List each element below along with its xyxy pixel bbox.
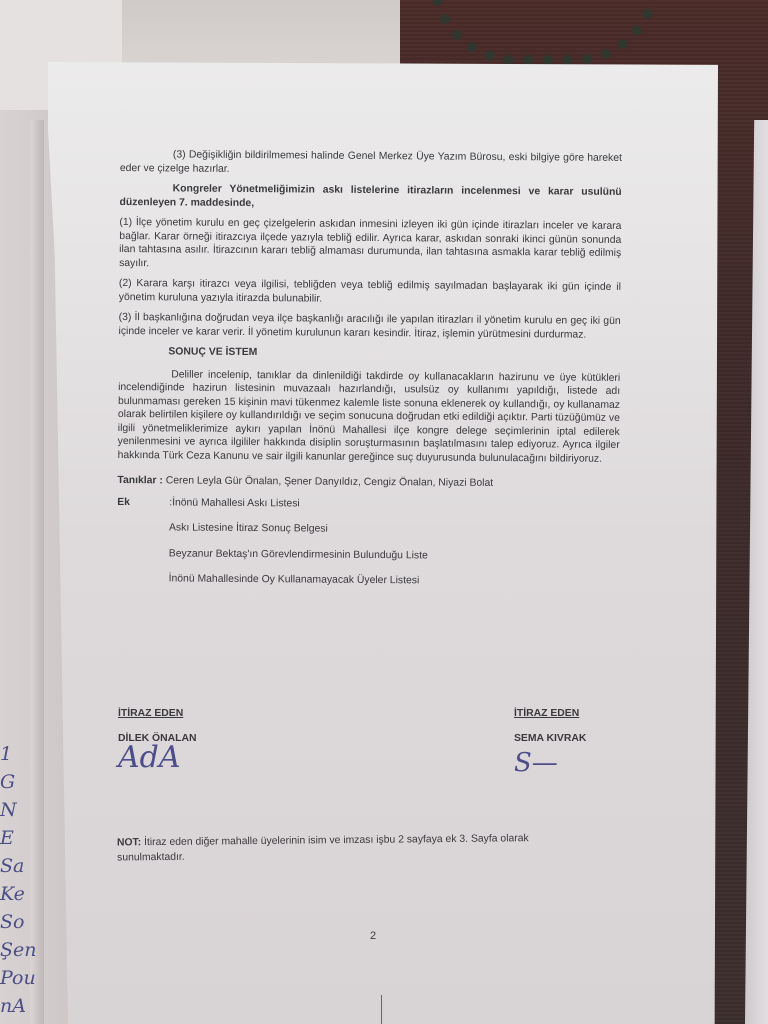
- signature-dilek-onalan: AdA: [118, 740, 181, 775]
- handwritten-note: Pou: [0, 964, 40, 992]
- handwritten-note: Şen: [0, 936, 40, 964]
- witnesses-label: Tanıklar :: [117, 475, 163, 486]
- signatory-title: İTİRAZ EDEN: [118, 708, 197, 719]
- conclusion-paragraph: Deliller incelenip, tanıklar da dinlenil…: [118, 367, 621, 465]
- attachment-item: İnönü Mahallesinde Oy Kullanamayacak Üye…: [169, 572, 619, 589]
- handwritten-note: G: [0, 768, 40, 796]
- footnote: NOT: İtiraz eden diğer mahalle üyelerini…: [117, 831, 587, 866]
- signatory-title: İTİRAZ EDEN: [514, 708, 586, 719]
- page-number: 2: [370, 930, 376, 942]
- paper-crease: [381, 995, 382, 1024]
- handwritten-note: Sa: [0, 852, 40, 880]
- note-text: İtiraz eden diğer mahalle üyelerinin isi…: [117, 833, 529, 863]
- handwritten-note: 1: [0, 740, 40, 768]
- attachments-label: Ek: [117, 495, 169, 509]
- document-body: (3) Değişikliğin bildirilmemesi halinde …: [116, 148, 622, 601]
- attachments-first-row: Ek :İnönü Mahallesi Askı Listesi: [117, 495, 619, 512]
- attachments-list: Askı Listesine İtiraz Sonuç Belgesi Beyz…: [169, 521, 619, 589]
- witnesses-line: Tanıklar : Ceren Leyla Gür Önalan, Şener…: [117, 474, 619, 491]
- handwritten-margin-notes: 1GNESaKeSoŞenPounA: [0, 740, 40, 1024]
- handwritten-note: nA: [0, 992, 40, 1020]
- attachment-item: :İnönü Mahallesi Askı Listesi: [169, 496, 300, 511]
- signatory-name: SEMA KIVRAK: [514, 733, 586, 744]
- conclusion-heading: SONUÇ VE İSTEM: [168, 345, 620, 362]
- handwritten-note: E: [0, 824, 40, 852]
- paragraph-article-2: (2) Karara karşı itirazcı veya ilgilisi,…: [119, 277, 621, 308]
- handwritten-note: N: [0, 796, 40, 824]
- paragraph-regulation-intro: Kongreler Yönetmeliğimizin askı listeler…: [120, 182, 622, 213]
- attachment-item: Beyzanur Bektaş'ın Görevlendirmesinin Bu…: [169, 547, 619, 564]
- paragraph-change-notice: (3) Değişikliğin bildirilmemesi halinde …: [120, 148, 622, 179]
- witnesses-names: Ceren Leyla Gür Önalan, Şener Danyıldız,…: [166, 475, 494, 489]
- paragraph-article-1: (1) İlçe yönetim kurulu en geç çizelgele…: [119, 216, 621, 274]
- signatory-left: İTİRAZ EDEN DİLEK ÖNALAN: [118, 708, 197, 744]
- handwritten-note: So: [0, 908, 40, 936]
- handwritten-note: Ke: [0, 880, 40, 908]
- attachment-item: Askı Listesine İtiraz Sonuç Belgesi: [169, 521, 619, 538]
- signature-sema-kivrak: S—: [514, 748, 558, 778]
- paragraph-article-3: (3) İl başkanlığına doğrudan veya ilçe b…: [119, 311, 621, 342]
- signatory-right: İTİRAZ EDEN SEMA KIVRAK: [514, 708, 586, 744]
- note-label: NOT:: [117, 837, 141, 848]
